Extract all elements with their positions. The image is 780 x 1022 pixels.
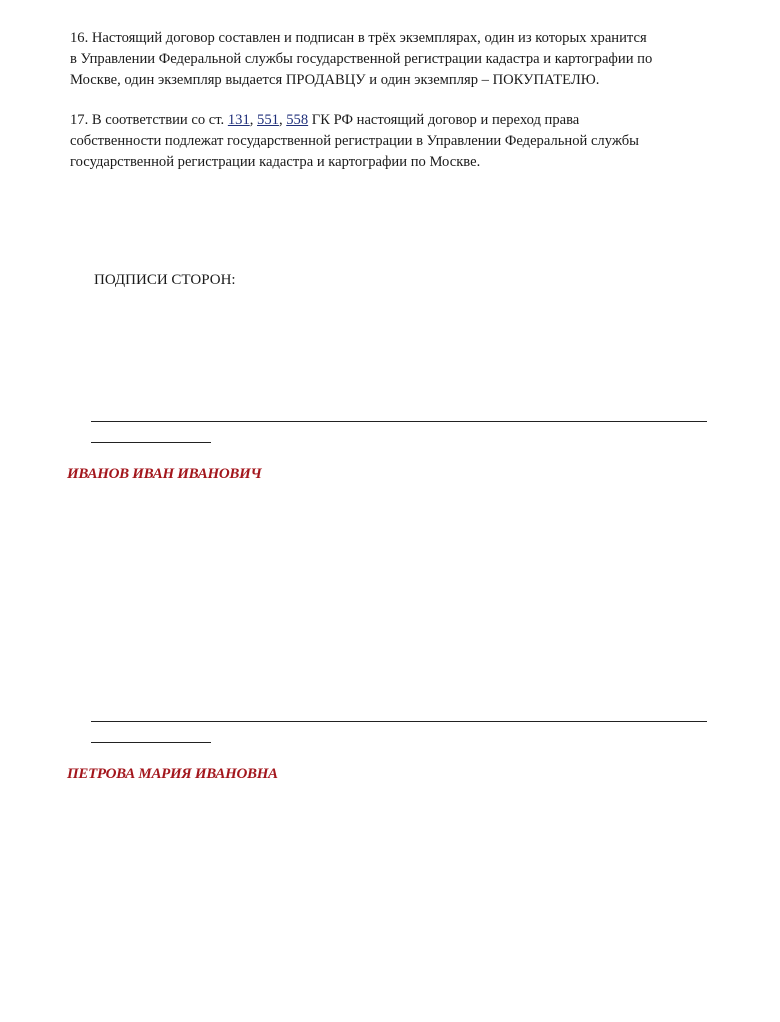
signatures-heading: ПОДПИСИ СТОРОН:	[94, 270, 236, 290]
signature-short-line-1	[91, 442, 211, 443]
party-name-seller: ИВАНОВ ИВАН ИВАНОВИЧ	[67, 466, 261, 483]
clause-17: 17. В соответствии со ст. 131, 551, 558 …	[70, 110, 730, 173]
link-separator: ,	[250, 112, 257, 128]
clause-16-line-3: Москве, один экземпляр выдается ПРОДАВЦУ…	[70, 70, 730, 91]
clause-17-suffix: ГК РФ настоящий договор и переход права	[308, 112, 579, 128]
article-558-link[interactable]: 558	[286, 112, 308, 128]
clause-17-line-1: 17. В соответствии со ст. 131, 551, 558 …	[70, 110, 730, 131]
article-131-link[interactable]: 131	[228, 112, 250, 128]
clause-17-prefix: 17. В соответствии со ст.	[70, 112, 228, 128]
article-551-link[interactable]: 551	[257, 112, 279, 128]
clause-16: 16. Настоящий договор составлен и подпис…	[70, 28, 730, 91]
clause-17-line-3: государственной регистрации кадастра и к…	[70, 152, 730, 173]
party-name-buyer: ПЕТРОВА МАРИЯ ИВАНОВНА	[67, 766, 278, 783]
signature-line-1	[91, 421, 707, 422]
clause-16-line-2: в Управлении Федеральной службы государс…	[70, 49, 730, 70]
clause-16-line-1: 16. Настоящий договор составлен и подпис…	[70, 28, 730, 49]
signature-short-line-2	[91, 742, 211, 743]
clause-17-line-2: собственности подлежат государственной р…	[70, 131, 730, 152]
signature-line-2	[91, 721, 707, 722]
